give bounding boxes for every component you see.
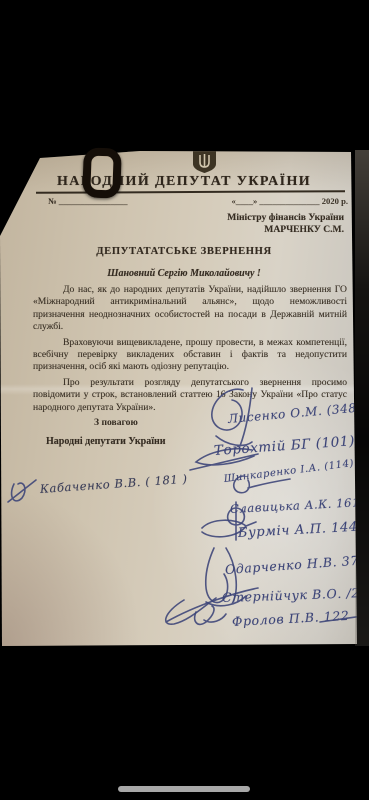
addressee-title: Міністру фінансів України [227, 212, 344, 224]
closing-signatories: Народні депутати України [46, 436, 166, 447]
signature-entry: Кабаченко В.В. ( 181 ) [40, 472, 189, 496]
closing-regards: З повагою [94, 417, 138, 428]
paper-clip [82, 147, 122, 198]
letterhead-title: НАРОДНИЙ ДЕПУТАТ УКРАЇНИ [24, 174, 344, 190]
document-number-blank: № ________________ [48, 196, 128, 206]
addressee-name: МАРЧЕНКУ С.М. [227, 224, 344, 236]
photo-viewer-screen: НАРОДНИЙ ДЕПУТАТ УКРАЇНИ № _____________… [0, 0, 369, 800]
document-body: До нас, як до народних депутатів України… [33, 284, 347, 417]
signature-entry: Торохтій БГ (101) [213, 433, 355, 459]
signature-entry: Одарченко Н.В. 371 [224, 552, 367, 577]
home-indicator[interactable] [118, 786, 250, 792]
document-heading: ДЕПУТАТАТСЬКЕ ЗВЕРНЕННЯ [24, 246, 344, 257]
addressee-block: Міністру фінансів України МАРЧЕНКУ С.М. [227, 212, 344, 236]
reference-line: № ________________ «____» ______________… [48, 196, 348, 206]
signature-entry: Фролов П.В. 122 [232, 608, 350, 629]
paragraph: До нас, як до народних депутатів України… [33, 284, 347, 334]
signature-entry: Стернійчук В.О. /270/ [222, 584, 369, 605]
document-photo: НАРОДНИЙ ДЕПУТАТ УКРАЇНИ № _____________… [0, 150, 369, 646]
paragraph: Враховуючи вищевикладене, прошу провести… [33, 337, 347, 374]
salutation: Шановний Сергію Миколайовичу ! [24, 268, 344, 279]
signature-entry: Шинкаренко І.А. (114) [223, 458, 354, 485]
letterhead-divider [36, 190, 345, 194]
signature-entry: Славицька А.К. 161 [230, 495, 361, 516]
photo-edge-gradient [355, 150, 369, 646]
signature-entry: Бурміч А.П. 144 [238, 520, 359, 541]
document-date-blank: «____» ______________ 2020 р. [232, 196, 349, 206]
